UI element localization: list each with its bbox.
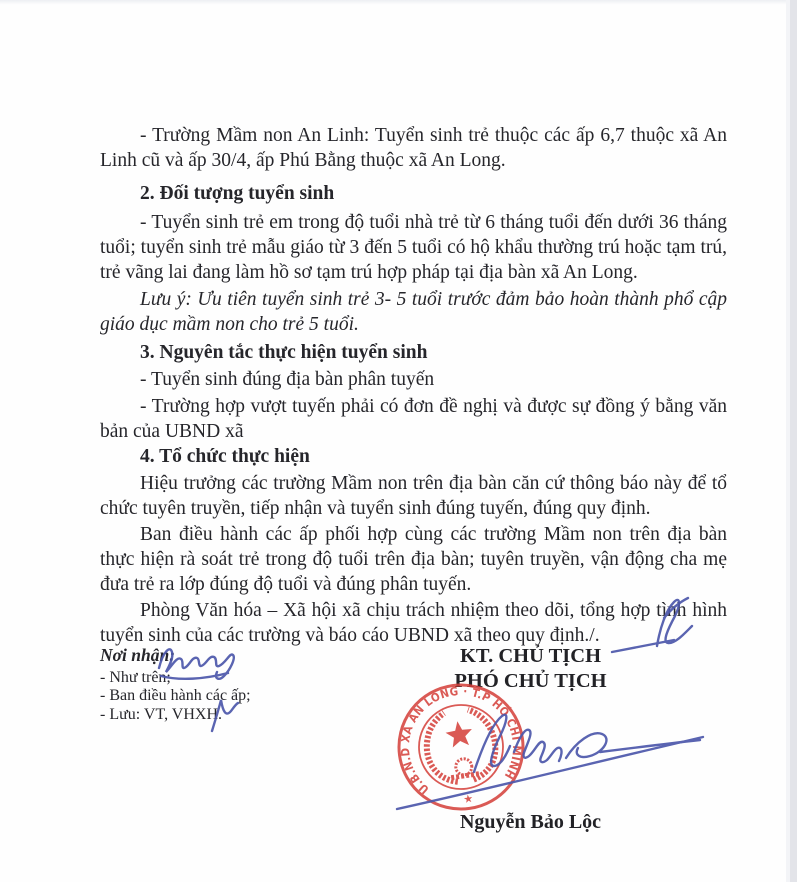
document-body: - Trường Mầm non An Linh: Tuyển sinh trẻ… — [100, 123, 727, 648]
signer-name: Nguyễn Bảo Lộc — [413, 811, 648, 834]
scan-top-edge — [0, 0, 797, 5]
scan-right-edge — [790, 0, 797, 882]
recipients-block: Nơi nhận: - Như trên; - Ban điều hành cá… — [100, 646, 340, 724]
recipients-label: Nơi nhận: — [100, 646, 175, 665]
paragraph-nguyen-tac-2: - Trường hợp vượt tuyến phải có đơn đề n… — [100, 394, 727, 444]
recipient-item: - Như trên; — [100, 669, 340, 688]
section-heading-to-chuc: 4. Tổ chức thực hiện — [100, 444, 727, 469]
national-emblem-icon — [422, 707, 499, 786]
paragraph-nguyen-tac-1: - Tuyển sinh đúng địa bàn phân tuyến — [100, 367, 727, 392]
paragraph-doi-tuong: - Tuyển sinh trẻ em trong độ tuổi nhà tr… — [100, 210, 727, 286]
signature-tail — [600, 740, 700, 752]
official-seal: U.B.N.D XÃ AN LONG · T.P HỒ CHÍ MINH ★ — [391, 677, 531, 817]
note-luu-y: Lưu ý: Ưu tiên tuyển sinh trẻ 3- 5 tuổi … — [100, 287, 727, 337]
recipient-item: - Lưu: VT, VHXH. — [100, 706, 340, 725]
document-page: - Trường Mầm non An Linh: Tuyển sinh trẻ… — [0, 0, 797, 882]
signature-end-loop — [566, 733, 606, 758]
section-heading-nguyen-tac: 3. Nguyên tắc thực hiện tuyển sinh — [100, 340, 727, 365]
star-icon — [444, 719, 474, 748]
paragraph-to-chuc-2: Ban điều hành các ấp phối hợp cùng các t… — [100, 522, 727, 598]
signature-title-line1: KT. CHỦ TỊCH — [413, 644, 648, 669]
seal-bottom-star-icon: ★ — [463, 793, 475, 806]
paragraph-to-chuc-3: Phòng Văn hóa – Xã hội xã chịu trách nhi… — [100, 598, 727, 648]
paragraph-to-chuc-1: Hiệu trưởng các trường Mầm non trên địa … — [100, 471, 727, 521]
paragraph-school-an-linh: - Trường Mầm non An Linh: Tuyển sinh trẻ… — [100, 123, 727, 173]
recipient-item: - Ban điều hành các ấp; — [100, 687, 340, 706]
section-heading-doi-tuong: 2. Đối tượng tuyển sinh — [100, 181, 727, 206]
